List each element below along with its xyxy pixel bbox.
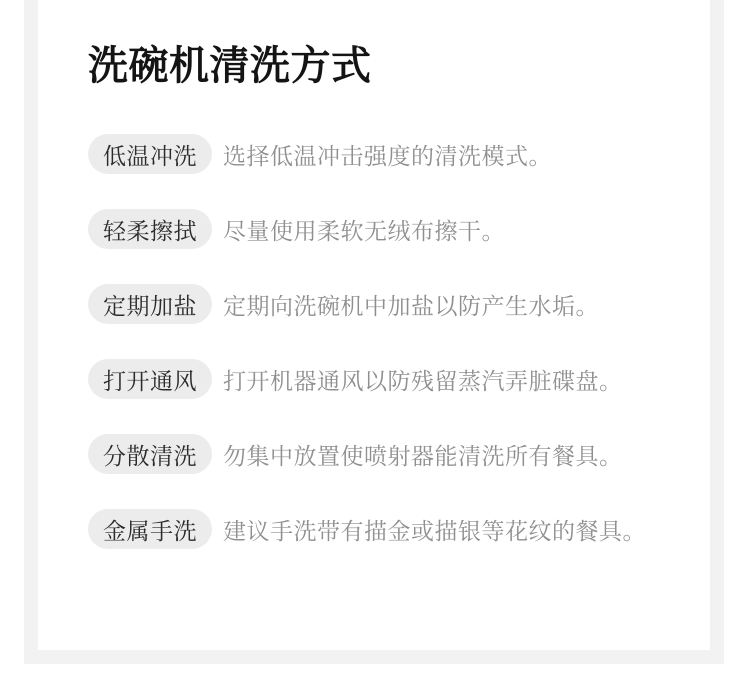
tip-row: 定期加盐 定期向洗碗机中加盐以防产生水垢。 (88, 284, 670, 324)
tip-description: 勿集中放置使喷射器能清洗所有餐具。 (223, 438, 623, 471)
tip-tag-badge: 打开通风 (88, 359, 212, 399)
content-card: 洗碗机清洗方式 低温冲洗 选择低温冲击强度的清洗模式。 轻柔擦拭 尽量使用柔软无… (38, 0, 710, 650)
tip-description: 建议手洗带有描金或描银等花纹的餐具。 (223, 513, 646, 546)
tip-tag-badge: 轻柔擦拭 (88, 209, 212, 249)
tip-tag-badge: 低温冲洗 (88, 134, 212, 174)
tip-tag-badge: 定期加盐 (88, 284, 212, 324)
page: 洗碗机清洗方式 低温冲洗 选择低温冲击强度的清洗模式。 轻柔擦拭 尽量使用柔软无… (0, 0, 750, 674)
tip-row: 分散清洗 勿集中放置使喷射器能清洗所有餐具。 (88, 434, 670, 474)
tip-description: 选择低温冲击强度的清洗模式。 (223, 138, 552, 171)
tip-description: 尽量使用柔软无绒布擦干。 (223, 213, 505, 246)
tip-row: 打开通风 打开机器通风以防残留蒸汽弄脏碟盘。 (88, 359, 670, 399)
tips-list: 低温冲洗 选择低温冲击强度的清洗模式。 轻柔擦拭 尽量使用柔软无绒布擦干。 定期… (88, 134, 670, 549)
tip-tag-badge: 金属手洗 (88, 509, 212, 549)
tip-description: 定期向洗碗机中加盐以防产生水垢。 (223, 288, 599, 321)
tip-row: 低温冲洗 选择低温冲击强度的清洗模式。 (88, 134, 670, 174)
tip-description: 打开机器通风以防残留蒸汽弄脏碟盘。 (223, 363, 623, 396)
tip-row: 金属手洗 建议手洗带有描金或描银等花纹的餐具。 (88, 509, 670, 549)
tip-tag-badge: 分散清洗 (88, 434, 212, 474)
page-title: 洗碗机清洗方式 (88, 40, 670, 92)
tip-row: 轻柔擦拭 尽量使用柔软无绒布擦干。 (88, 209, 670, 249)
